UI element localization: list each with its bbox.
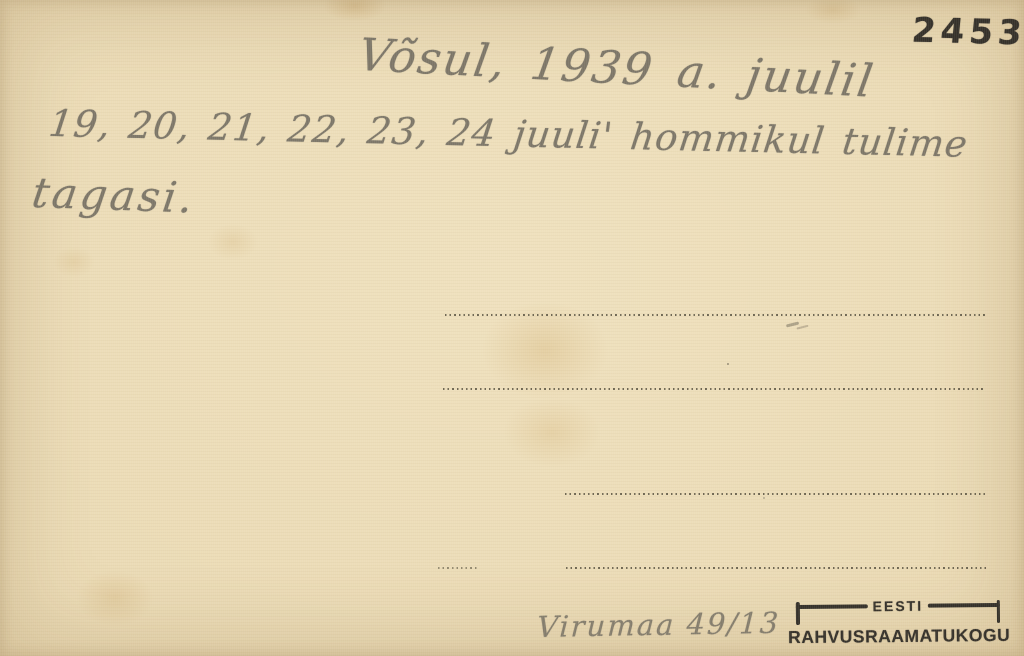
stamp-frame-wall-right <box>996 600 1000 623</box>
paper-speck <box>727 363 729 365</box>
dotted-writing-line-1 <box>445 314 985 316</box>
dotted-writing-line-2 <box>443 388 985 390</box>
handwritten-line-1: Võsul, 1939 a. juulil <box>355 28 879 108</box>
stamp-frame-top: EESTI <box>796 598 1000 614</box>
stamp-frame-line-left <box>796 605 868 609</box>
inventory-number: 2453 <box>910 11 1024 54</box>
dotted-writing-line-4-left <box>438 567 478 569</box>
library-stamp: EESTI RAHVUSRAAMATUKOGU <box>786 594 1013 650</box>
archive-reference-note: Virumaa 49/13 <box>536 606 781 644</box>
stamp-frame-wall-left <box>796 602 800 625</box>
handwritten-line-2: 19, 20, 21, 22, 23, 24 juuli' hommikul t… <box>47 102 971 166</box>
dotted-writing-line-4 <box>566 567 987 569</box>
dotted-writing-line-3 <box>565 493 985 495</box>
pencil-smudge <box>786 321 799 327</box>
stamp-frame-line-right <box>928 603 1000 607</box>
handwritten-line-3: tagasi. <box>29 168 199 222</box>
postcard-back-scan: 2453 Võsul, 1939 a. juulil 19, 20, 21, 2… <box>0 0 1024 656</box>
stamp-text-eesti: EESTI <box>868 599 929 614</box>
stamp-text-rahvusraamatukogu: RAHVUSRAAMATUKOGU <box>786 625 1012 648</box>
